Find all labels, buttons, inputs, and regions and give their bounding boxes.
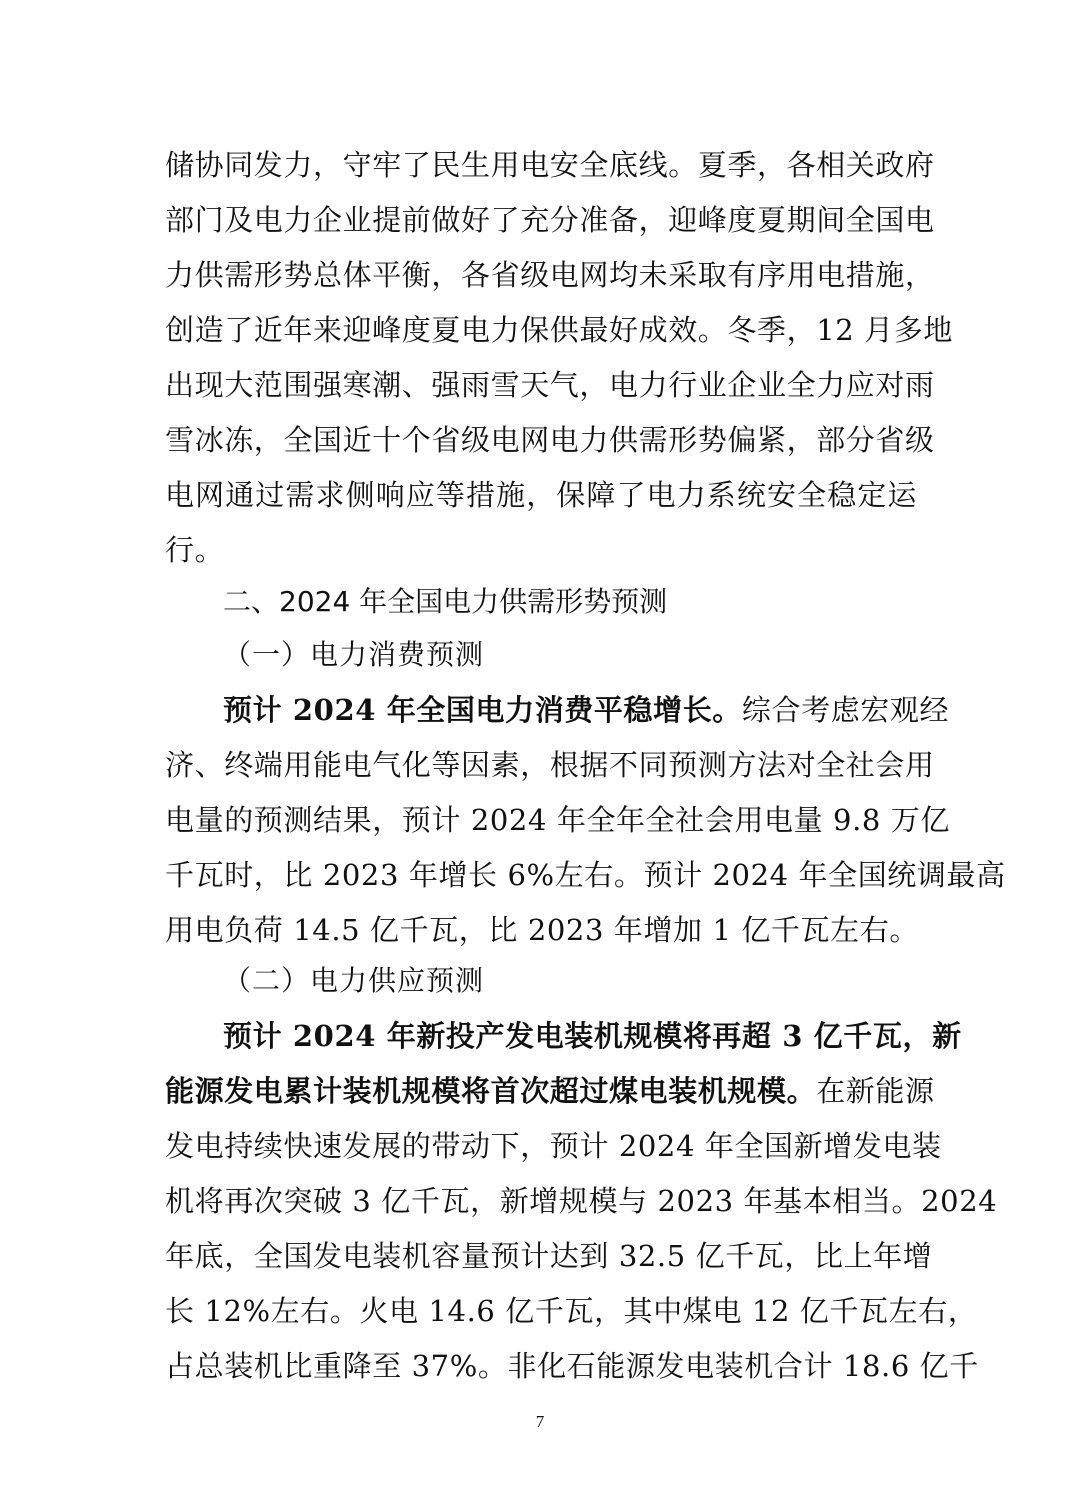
paragraph-line: 力供需形势总体平衡，各省级电网均未采取有序用电措施， — [165, 248, 917, 302]
paragraph-line: 济、终端用能电气化等因素，根据不同预测方法对全社会用 — [165, 738, 917, 792]
paragraph-line: 雪冰冻，全国近十个省级电网电力供需形势偏紧，部分省级 — [165, 413, 917, 467]
bold-lead-sentence: 能源发电累计装机规模将首次超过煤电装机规模。 — [165, 1074, 816, 1108]
bold-lead-sentence: 预计 2024 年全国电力消费平稳增长。 — [223, 693, 742, 727]
paragraph-line: 机将再次突破 3 亿千瓦，新增规模与 2023 年基本相当。2024 — [165, 1174, 917, 1228]
paragraph-line: 长 12%左右。火电 14.6 亿千瓦，其中煤电 12 亿千瓦左右， — [165, 1284, 917, 1338]
paragraph-line: 千瓦时，比 2023 年增长 6%左右。预计 2024 年全国统调最高 — [165, 848, 917, 902]
paragraph-line: 储协同发力，守牢了民生用电安全底线。夏季，各相关政府 — [165, 138, 917, 192]
subsection-heading-supply: （二）电力供应预测 — [223, 954, 917, 1008]
paragraph-line: 用电负荷 14.5 亿千瓦，比 2023 年增加 1 亿千瓦左右。 — [165, 903, 917, 957]
page-number: 7 — [0, 1412, 1080, 1432]
paragraph-line: 年底，全国发电装机容量预计达到 32.5 亿千瓦，比上年增 — [165, 1229, 917, 1283]
paragraph-line: 发电持续快速发展的带动下，预计 2024 年全国新增发电装 — [165, 1119, 917, 1173]
paragraph-line: 部门及电力企业提前做好了充分准备，迎峰度夏期间全国电 — [165, 193, 917, 247]
paragraph-line: 行。 — [165, 523, 917, 577]
bold-lead-line: 预计 2024 年新投产发电装机规模将再超 3 亿千瓦，新 — [223, 1009, 917, 1063]
paragraph-line: 预计 2024 年全国电力消费平稳增长。综合考虑宏观经 — [223, 683, 917, 737]
paragraph-line: 占总装机比重降至 37%。非化石能源发电装机合计 18.6 亿千 — [165, 1339, 917, 1393]
section-heading: 二、2024 年全国电力供需形势预测 — [223, 575, 917, 629]
paragraph-line: 电网通过需求侧响应等措施，保障了电力系统安全稳定运 — [165, 468, 917, 522]
paragraph-text: 在新能源 — [816, 1074, 934, 1108]
paragraph-line: 能源发电累计装机规模将首次超过煤电装机规模。在新能源 — [165, 1064, 917, 1118]
paragraph-line: 电量的预测结果，预计 2024 年全年全社会用电量 9.8 万亿 — [165, 793, 917, 847]
subsection-heading-consumption: （一）电力消费预测 — [223, 628, 917, 682]
paragraph-line: 创造了近年来迎峰度夏电力保供最好成效。冬季，12 月多地 — [165, 303, 917, 357]
paragraph-text: 综合考虑宏观经 — [742, 693, 949, 727]
paragraph-line: 出现大范围强寒潮、强雨雪天气，电力行业企业全力应对雨 — [165, 358, 917, 412]
